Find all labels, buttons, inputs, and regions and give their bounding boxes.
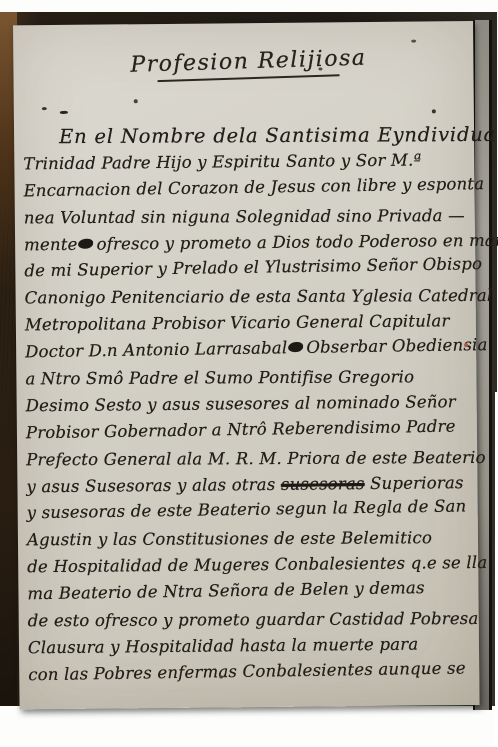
line-text: Trinidad Padre Hijo y Espiritu Santo y S… [23,150,421,173]
line-text: y asus Susesoras y alas otras [26,474,281,495]
line-text: y susesoras de este Beaterio segun la Re… [27,497,467,523]
ink-speck [134,99,138,103]
line-text: a Ntro Smô Padre el Sumo Pontifise Grego… [25,367,414,388]
manuscript-line: a Ntro Smô Padre el Sumo Pontifise Grego… [25,364,473,393]
ink-speck [219,675,223,678]
manuscript-line: Agustin y las Constitusiones de este Bel… [27,525,475,554]
line-text: Probisor Gobernador a Ntrô Reberendisimo… [26,416,456,442]
line-text: de Hospitalidad de Mugeres Conbalesiente… [27,553,487,576]
line-text: con las Pobres enfermas Conbalesientes a… [28,658,466,684]
line-text: Clausura y Hospitalidad hasta la muerte … [28,634,419,657]
line-text: de mi Superior y Prelado el Ylustrisimo … [24,255,482,281]
line-text: Prefecto General ala M. R. M. Priora de … [26,448,486,469]
line-text: nea Voluntad sin niguna Solegnidad sino … [24,206,465,227]
line-text: Canonigo Penitenciario de esta Santa Ygl… [25,286,493,307]
ink-speck [42,107,47,110]
manuscript-line: de mi Superior y Prelado el Ylustrisimo … [24,252,472,286]
line-text: Desimo Sesto y asus susesores al nominad… [26,392,456,415]
manuscript-line: de esto ofresco y prometo guardar Castid… [28,606,476,635]
line-text: mente [24,234,78,254]
manuscript-line: nea Voluntad sin niguna Solegnidad sino … [24,203,472,232]
ink-blot [79,238,94,248]
manuscript-photo: Profesion Relijiosa En el Nombre dela Sa… [0,0,498,747]
line-text: Encarnacion del Corazon de Jesus con lib… [23,174,484,200]
manuscript-line: Prefecto General ala M. R. M. Priora de … [26,445,474,474]
manuscript-line: y susesoras de este Beaterio segun la Re… [27,494,475,528]
document-title: Profesion Relijiosa [125,45,372,78]
ink-speck [464,343,468,347]
manuscript-lines: En el Nombre dela Santisima EyndividuaTr… [23,120,476,689]
line-text: Agustin y las Constitusiones de este Bel… [27,529,432,550]
ink-speck [432,109,436,113]
ink-blot [288,342,303,352]
photo-background: Profesion Relijiosa En el Nombre dela Sa… [0,12,497,706]
line-text: Obserbar Obediensia [306,335,487,357]
ink-speck [60,111,68,114]
line-text: En el Nombre dela Santisima Eyndividua [59,123,496,148]
line-text: Superioras [365,473,464,493]
manuscript-line: ma Beaterio de Ntra Señora de Belen y de… [27,574,475,608]
line-text: Doctor D.n Antonio Larrasabal [25,338,288,361]
manuscript-paper: Profesion Relijiosa En el Nombre dela Sa… [13,21,480,709]
line-text: Metropolitana Probisor Vicario General C… [25,311,450,334]
manuscript-line: En el Nombre dela Santisima Eyndividua [23,122,471,151]
line-text: ofresco y prometo a Dios todo Poderoso e… [96,230,498,253]
struck-word: susesoras [281,474,365,494]
manuscript-line: Doctor D.n Antonio LarrasabalObserbar Ob… [25,332,473,366]
title-block: Profesion Relijiosa [125,48,371,80]
manuscript-line: Canonigo Penitenciario de esta Santa Ygl… [25,283,473,312]
line-text: ma Beaterio de Ntra Señora de Belen y de… [27,578,424,603]
ink-speck [411,40,416,43]
line-text: de esto ofresco y prometo guardar Castid… [28,609,479,630]
ink-speck [318,67,322,70]
